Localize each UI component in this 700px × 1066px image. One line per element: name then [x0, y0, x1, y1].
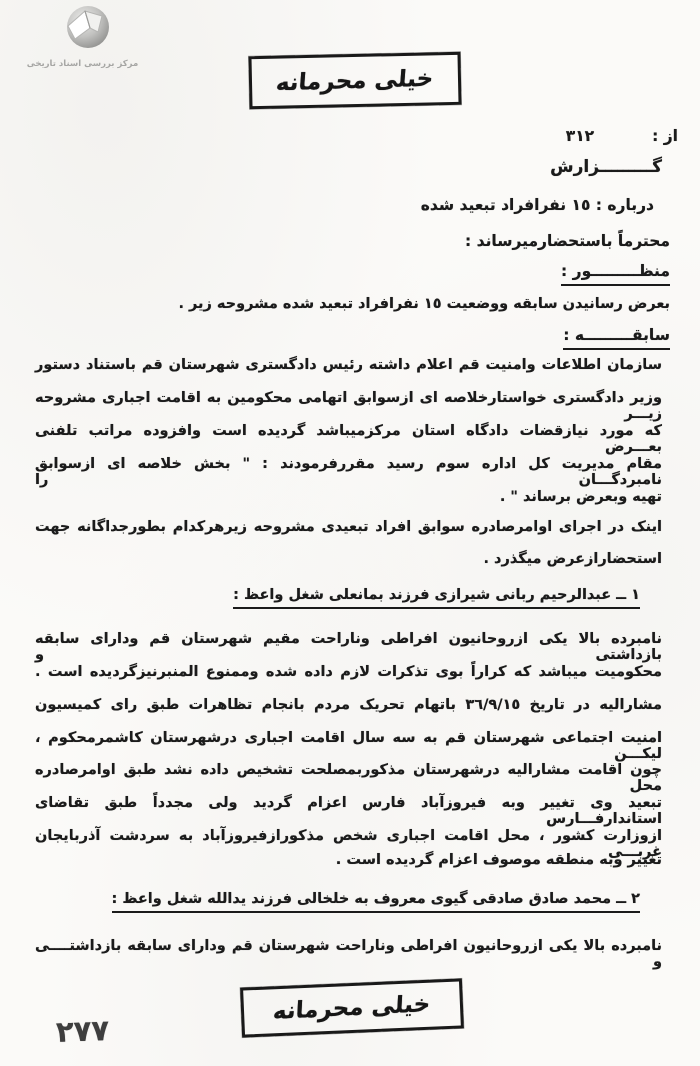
- page-number: ٢٧٧: [55, 1013, 109, 1049]
- confidential-stamp-top: خیلی محرمانه: [248, 52, 461, 109]
- purpose-body: بعرض رسانیدن سابقه ووضعیت ١٥ نفرافراد تب…: [178, 296, 670, 312]
- item1-body-line: محکومیت میباشد که کراراً بوی تذکرات لازم…: [35, 664, 662, 680]
- background-line: سازمان اطلاعات وامنیت قم اعلام داشته رئی…: [35, 357, 662, 373]
- from-label: از :: [652, 127, 678, 145]
- item1-heading-text: ١ ــ عبدالرحیم ربانی شیرازی فرزند بمانعل…: [233, 587, 640, 609]
- item2-heading-text: ٢ ــ محمد صادق صادقی گیوی معروف به خلخال…: [112, 891, 640, 913]
- background-line: تهیه وبعرض برساند " .: [500, 489, 662, 505]
- stamp-text: خیلی محرمانه: [275, 65, 434, 96]
- background-line: وزیر دادگستری خواستارخلاصه ای ازسوابق ات…: [35, 390, 662, 422]
- subject-line: درباره : ١٥ نفرافراد تبعید شده: [421, 196, 654, 214]
- archive-logo-icon: [48, 4, 118, 54]
- item1-body-line: تغییر وبه منطقه موصوف اعزام گردیده است .: [336, 852, 662, 868]
- background-heading: سابقـــــــــه :: [563, 326, 670, 350]
- stamp-text: خیلی محرمانه: [273, 991, 432, 1025]
- item1-body-line: امنیت اجتماعی شهرستان قم به سه سال اقامت…: [35, 730, 662, 762]
- from-value: ٣١٢: [566, 127, 594, 145]
- archive-watermark: مرکز بررسی اسناد تاریخی: [20, 4, 145, 69]
- item1-body-line: تبعید وی تغییر وبه فیروزآباد فارس اعزام …: [35, 795, 662, 827]
- item2-heading: ٢ ــ محمد صادق صادقی گیوی معروف به خلخال…: [112, 891, 640, 913]
- item1-body-line: چون اقامت مشارالیه درشهرستان مذکوربمصلحت…: [35, 762, 662, 794]
- background-line: که مورد نیازقضات دادگاه استان مرکزمیباشد…: [35, 423, 662, 455]
- salutation-line: محترماً باستحضارمیرساند :: [465, 232, 670, 250]
- document-page: مرکز بررسی اسناد تاریخی خیلی محرمانه از …: [0, 0, 700, 1066]
- report-title: گـــــــــزارش: [550, 157, 662, 177]
- item1-body-line: نامبرده بالا یکی ازروحانیون افراطی ونارا…: [35, 631, 662, 663]
- item1-body-line: مشارالیه در تاریخ ٣٦/٩/١٥ باتهام تحریک م…: [35, 697, 662, 713]
- item2-body-line: نامبرده بالا یکی ازروحانیون افراطی ونارا…: [35, 938, 662, 970]
- purpose-heading: منظـــــــــور :: [561, 262, 670, 286]
- background-line: مقام مدیریت کل اداره سوم رسید مقررفرمودن…: [35, 456, 662, 488]
- intro-line: اینک در اجرای اوامرصادره سوابق افراد تبع…: [35, 519, 662, 535]
- background-heading-text: سابقـــــــــه :: [563, 326, 670, 350]
- confidential-stamp-bottom: خیلی محرمانه: [240, 978, 464, 1037]
- watermark-caption: مرکز بررسی اسناد تاریخی: [20, 59, 145, 69]
- from-line: از :٣١٢: [566, 127, 678, 145]
- intro-line: استحضارازعرض میگذرد .: [483, 551, 662, 567]
- item1-heading: ١ ــ عبدالرحیم ربانی شیرازی فرزند بمانعل…: [233, 587, 640, 609]
- purpose-heading-text: منظـــــــــور :: [561, 262, 670, 286]
